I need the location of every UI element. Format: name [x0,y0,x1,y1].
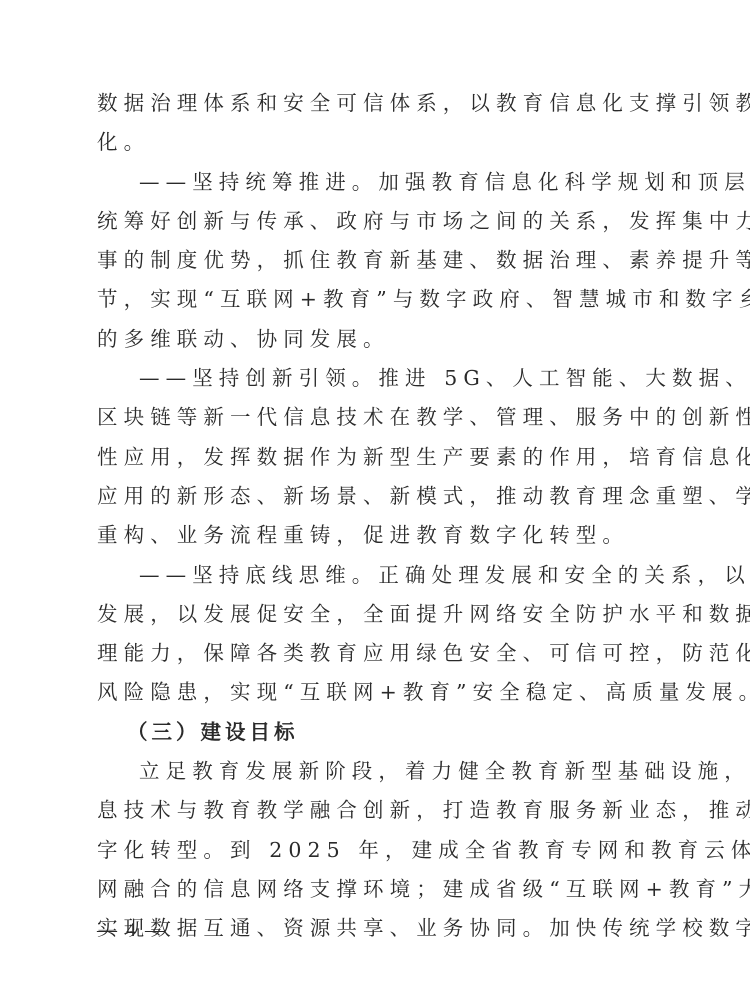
text-line: 化。 [97,123,667,162]
document-page: 数据治理体系和安全可信体系，以教育信息化支撑引领教育现代 化。 ——坚持统筹推进… [0,0,750,1000]
document-body: 数据治理体系和安全可信体系，以教育信息化支撑引领教育现代 化。 ——坚持统筹推进… [97,84,667,949]
text-line: 实现数据互通、资源共享、业务协同。加快传统学校数字化转型， [97,909,667,948]
paragraph-principle-coordination: ——坚持统筹推进。加强教育信息化科学规划和顶层设计， [97,163,667,202]
text-line: 数据治理体系和安全可信体系，以教育信息化支撑引领教育现代 [97,84,667,123]
text-line: 发展，以发展促安全，全面提升网络安全防护水平和数据安全治 [97,595,667,634]
section-heading: （三）建设目标 [97,713,667,752]
paragraph-principle-bottom-line: ——坚持底线思维。正确处理发展和安全的关系，以安全保 [97,556,667,595]
text-line: 应用的新形态、新场景、新模式，推动教育理念重塑、学习方式 [97,477,667,516]
text-line: 节，实现“互联网+教育”与数字政府、智慧城市和数字乡村建设 [97,280,667,319]
text-line: 字化转型。到 2025 年，建成全省教育专网和教育云体系，形成云 [97,831,667,870]
text-line: 重构、业务流程重铸，促进教育数字化转型。 [97,516,667,555]
text-line: 息技术与教育教学融合创新，打造教育服务新业态，推动教育数 [97,791,667,830]
text-line: 理能力，保障各类教育应用绿色安全、可信可控，防范化解重大 [97,634,667,673]
paragraph-principle-innovation: ——坚持创新引领。推进 5G、人工智能、大数据、云计算、 [97,359,667,398]
text-line: 风险隐患，实现“互联网+教育”安全稳定、高质量发展。 [97,673,667,712]
text-line: 的多维联动、协同发展。 [97,320,667,359]
page-number: — 4 — [97,915,167,945]
text-line: 统筹好创新与传承、政府与市场之间的关系，发挥集中力量办大 [97,202,667,241]
text-line: 性应用，发挥数据作为新型生产要素的作用，培育信息化建设与 [97,438,667,477]
text-line: 区块链等新一代信息技术在教学、管理、服务中的创新性、效能 [97,398,667,437]
text-line: 事的制度优势，抓住教育新基建、数据治理、素养提升等关键环 [97,241,667,280]
text-line: 网融合的信息网络支撑环境；建成省级“互联网+教育”大平台， [97,870,667,909]
paragraph-goals: 立足教育发展新阶段，着力健全教育新型基础设施，促进信 [97,752,667,791]
